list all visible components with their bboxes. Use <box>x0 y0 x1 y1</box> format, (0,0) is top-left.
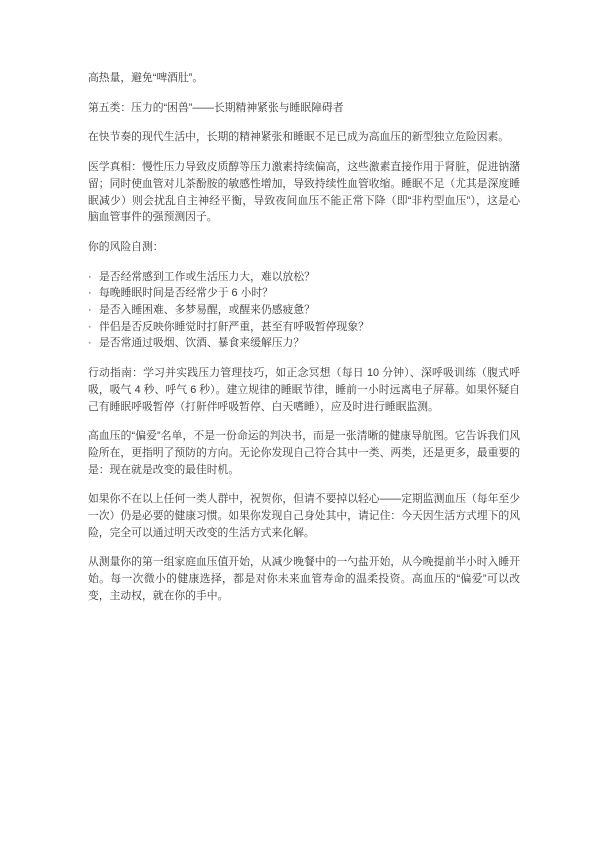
paragraph-intro: 在快节奏的现代生活中，长期的精神紧张和睡眠不足已成为高血压的新型独立危险因素。 <box>88 129 520 146</box>
paragraph-closing-call-to-action: 从测量你的第一组家庭血压值开始，从减少晚餐中的一勺盐开始，从今晚提前半小时入睡开… <box>88 554 520 604</box>
checklist-item-text: 每晚睡眠时间是否经常少于 6 小时？ <box>99 285 520 302</box>
checklist-item-text: 是否常通过吸烟、饮酒、暴食来缓解压力？ <box>99 335 520 352</box>
document-page: 高热量，避免“啤酒肚”。 第五类：压力的“困兽”——长期精神紧张与睡眠障碍者 在… <box>0 0 595 841</box>
paragraph-carryover: 高热量，避免“啤酒肚”。 <box>88 70 520 87</box>
bullet-dot: · <box>88 302 99 319</box>
checklist-item-text: 伴侣是否反映你睡觉时打鼾严重，甚至有呼吸暂停现象？ <box>99 319 520 336</box>
checklist-item: · 每晚睡眠时间是否经常少于 6 小时？ <box>88 285 520 302</box>
paragraph-action-guide: 行动指南：学习并实践压力管理技巧，如正念冥想（每日 10 分钟）、深呼吸训练（腹… <box>88 365 520 415</box>
checklist-item: · 伴侣是否反映你睡觉时打鼾严重，甚至有呼吸暂停现象？ <box>88 319 520 336</box>
paragraph-closing-advice: 如果你不在以上任何一类人群中，祝贺你，但请不要掉以轻心——定期监测血压（每年至少… <box>88 491 520 541</box>
section-heading: 第五类：压力的“困兽”——长期精神紧张与睡眠障碍者 <box>88 100 520 117</box>
checklist-item-text: 是否经常感到工作或生活压力大，难以放松？ <box>99 269 520 286</box>
risk-checklist: · 是否经常感到工作或生活压力大，难以放松？ · 每晚睡眠时间是否经常少于 6 … <box>88 269 520 353</box>
checklist-item: · 是否经常感到工作或生活压力大，难以放松？ <box>88 269 520 286</box>
bullet-dot: · <box>88 269 99 286</box>
bullet-dot: · <box>88 335 99 352</box>
paragraph-closing-navigation: 高血压的“偏爱”名单，不是一份命运的判决书，而是一张清晰的健康导航图。它告诉我们… <box>88 428 520 478</box>
checklist-item: · 是否常通过吸烟、饮酒、暴食来缓解压力？ <box>88 335 520 352</box>
bullet-dot: · <box>88 285 99 302</box>
bullet-dot: · <box>88 319 99 336</box>
checklist-item-text: 是否入睡困难、多梦易醒，或醒来仍感疲惫？ <box>99 302 520 319</box>
paragraph-medical-truth: 医学真相：慢性压力导致皮质醇等压力激素持续偏高，这些激素直接作用于肾脏，促进钠潴… <box>88 159 520 226</box>
checklist-item: · 是否入睡困难、多梦易醒，或醒来仍感疲惫？ <box>88 302 520 319</box>
checklist-title: 你的风险自测： <box>88 239 520 256</box>
